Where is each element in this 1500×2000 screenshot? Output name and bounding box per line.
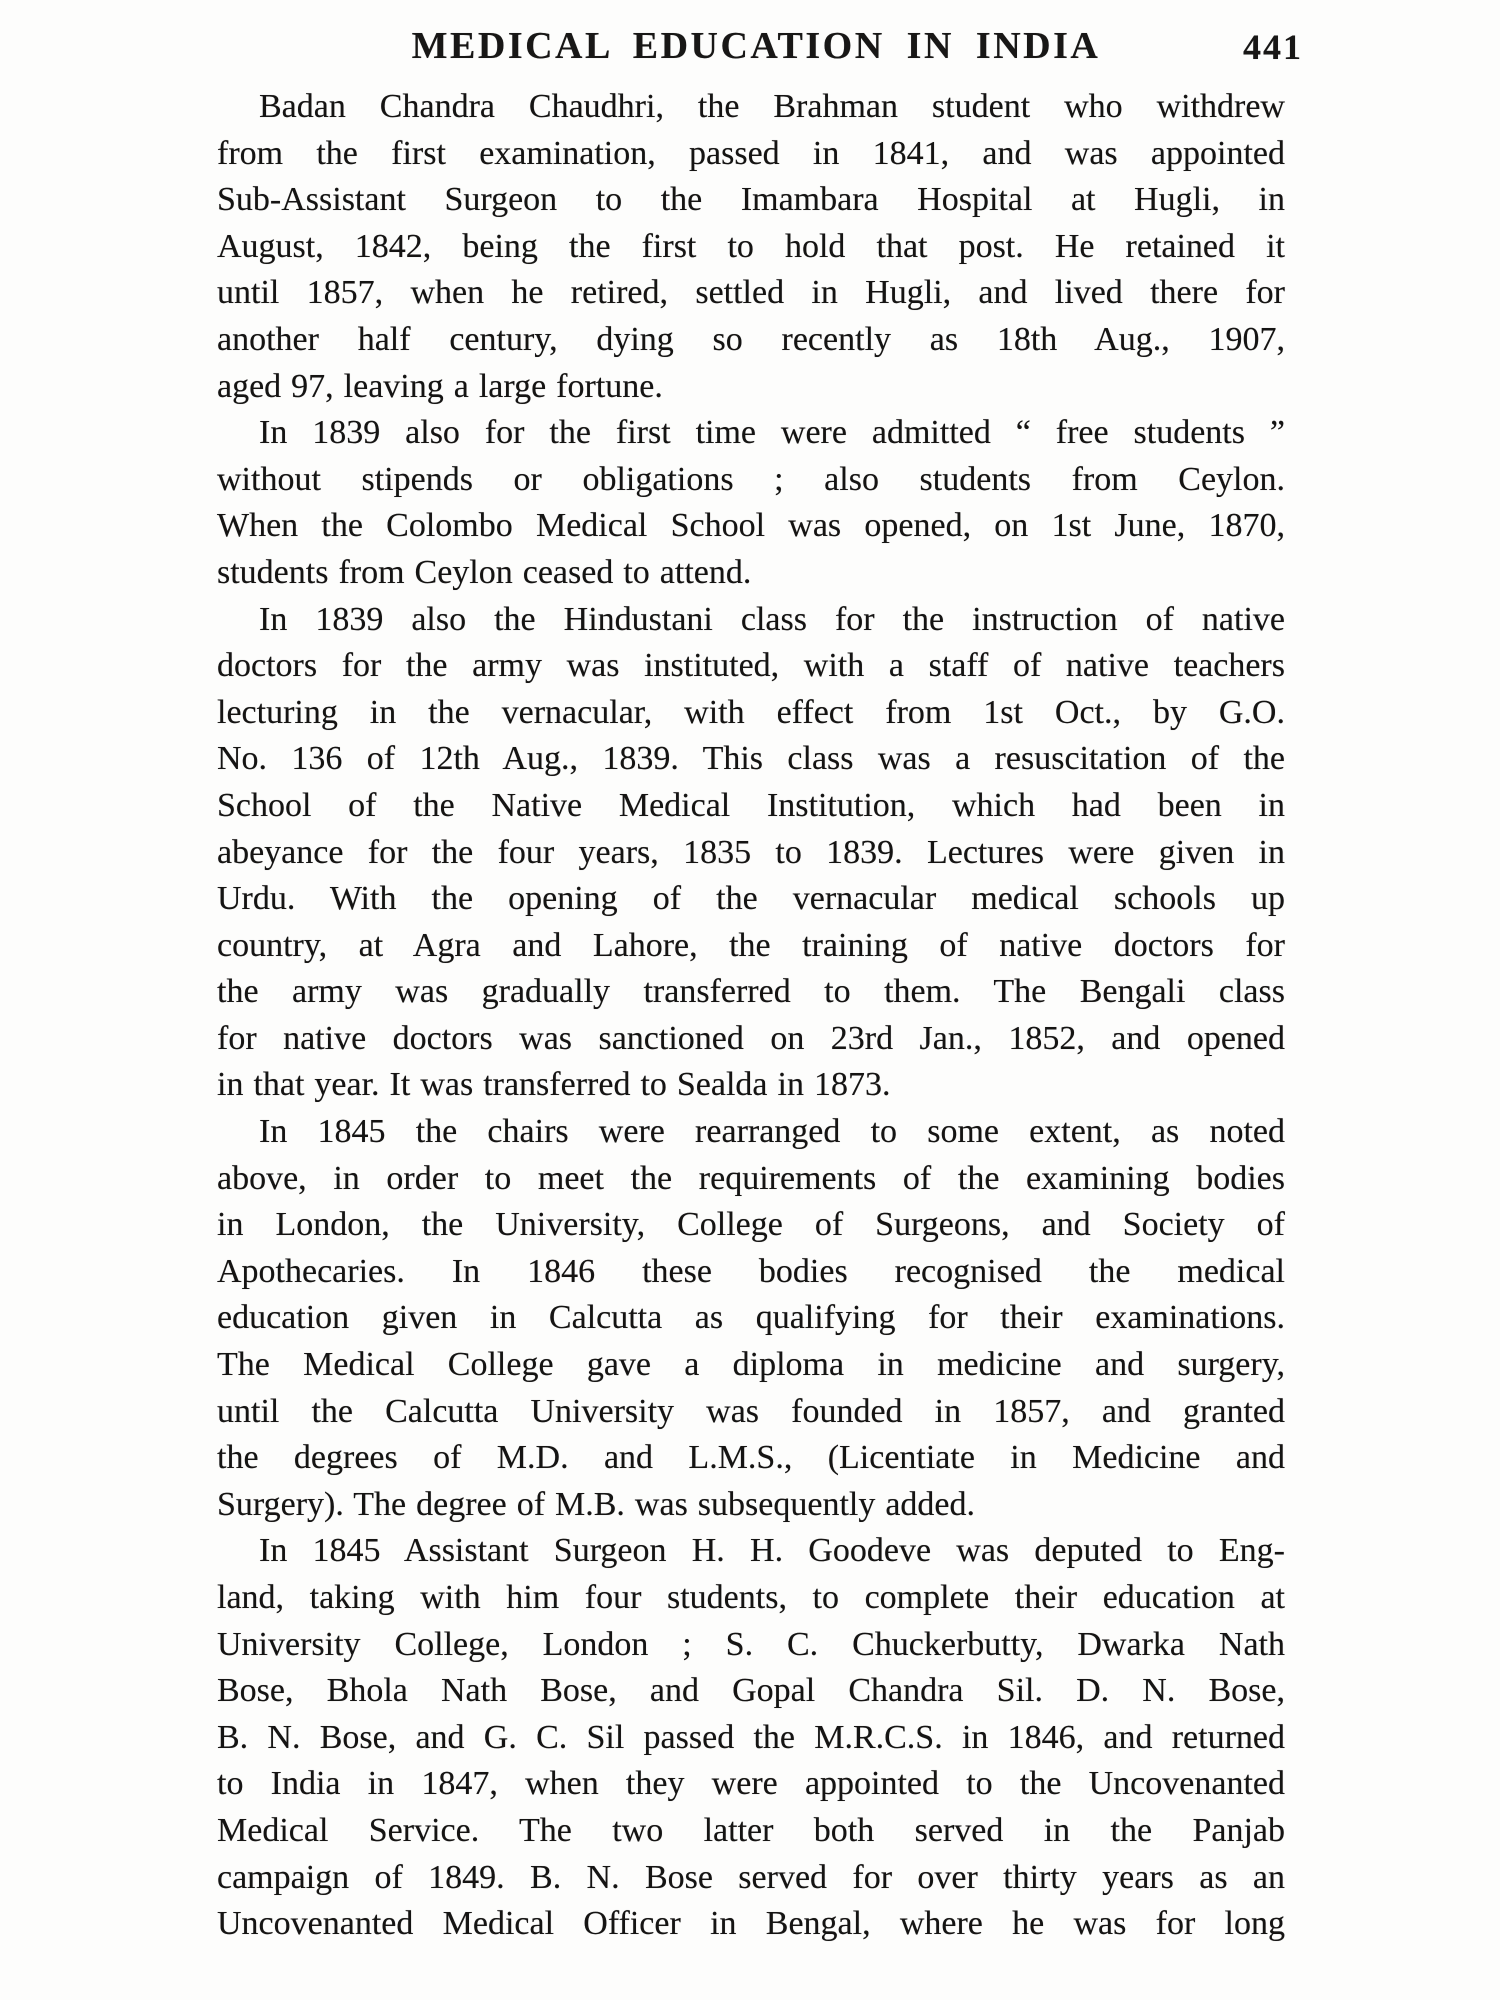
text-line: for native doctors was sanctioned on 23r…: [217, 1016, 1285, 1063]
text-line: School of the Native Medical Institution…: [217, 783, 1285, 830]
text-line: Sub-Assistant Surgeon to the Imambara Ho…: [217, 177, 1285, 224]
paragraph: Badan Chandra Chaudhri, the Brahman stud…: [217, 84, 1285, 410]
text-line: Uncovenanted Medical Officer in Bengal, …: [217, 1901, 1285, 1948]
text-line: The Medical College gave a diploma in me…: [217, 1342, 1285, 1389]
running-header: MEDICAL EDUCATION IN INDIA 441: [217, 24, 1295, 72]
text-line: abeyance for the four years, 1835 to 183…: [217, 830, 1285, 877]
text-line: No. 136 of 12th Aug., 1839. This class w…: [217, 736, 1285, 783]
text-line: University College, London ; S. C. Chuck…: [217, 1622, 1285, 1669]
text-line: lecturing in the vernacular, with effect…: [217, 690, 1285, 737]
text-line: B. N. Bose, and G. C. Sil passed the M.R…: [217, 1715, 1285, 1762]
text-line: the army was gradually transferred to th…: [217, 969, 1285, 1016]
text-line: Bose, Bhola Nath Bose, and Gopal Chandra…: [217, 1668, 1285, 1715]
text-line: doctors for the army was instituted, wit…: [217, 643, 1285, 690]
text-line: Urdu. With the opening of the vernacular…: [217, 876, 1285, 923]
text-line: until 1857, when he retired, settled in …: [217, 270, 1285, 317]
text-line: the degrees of M.D. and L.M.S., (Licenti…: [217, 1435, 1285, 1482]
text-line: Medical Service. The two latter both ser…: [217, 1808, 1285, 1855]
text-line: In 1839 also the Hindustani class for th…: [217, 597, 1285, 644]
text-line: In 1839 also for the first time were adm…: [217, 410, 1285, 457]
text-line: until the Calcutta University was founde…: [217, 1389, 1285, 1436]
text-line: August, 1842, being the first to hold th…: [217, 224, 1285, 271]
page-title: MEDICAL EDUCATION IN INDIA: [217, 24, 1295, 68]
page-body: Badan Chandra Chaudhri, the Brahman stud…: [217, 84, 1285, 1948]
text-line: campaign of 1849. B. N. Bose served for …: [217, 1855, 1285, 1902]
text-line: in London, the University, College of Su…: [217, 1202, 1285, 1249]
paragraph: In 1845 the chairs were rearranged to so…: [217, 1109, 1285, 1528]
text-line: from the first examination, passed in 18…: [217, 131, 1285, 178]
paragraph: In 1845 Assistant Surgeon H. H. Goodeve …: [217, 1528, 1285, 1947]
text-line: to India in 1847, when they were appoint…: [217, 1761, 1285, 1808]
paragraph: In 1839 also the Hindustani class for th…: [217, 597, 1285, 1110]
text-line: Apothecaries. In 1846 these bodies recog…: [217, 1249, 1285, 1296]
text-line: In 1845 the chairs were rearranged to so…: [217, 1109, 1285, 1156]
text-line: students from Ceylon ceased to attend.: [217, 550, 1285, 597]
text-line: aged 97, leaving a large fortune.: [217, 364, 1285, 411]
page-number: 441: [1243, 26, 1303, 68]
text-line: country, at Agra and Lahore, the trainin…: [217, 923, 1285, 970]
text-line: When the Colombo Medical School was open…: [217, 503, 1285, 550]
text-line: in that year. It was transferred to Seal…: [217, 1062, 1285, 1109]
text-line: without stipends or obligations ; also s…: [217, 457, 1285, 504]
book-page: MEDICAL EDUCATION IN INDIA 441 Badan Cha…: [0, 0, 1500, 2000]
text-line: Badan Chandra Chaudhri, the Brahman stud…: [217, 84, 1285, 131]
text-line: another half century, dying so recently …: [217, 317, 1285, 364]
text-line: In 1845 Assistant Surgeon H. H. Goodeve …: [217, 1528, 1285, 1575]
text-line: land, taking with him four students, to …: [217, 1575, 1285, 1622]
text-line: education given in Calcutta as qualifyin…: [217, 1295, 1285, 1342]
text-line: Surgery). The degree of M.B. was subsequ…: [217, 1482, 1285, 1529]
paragraph: In 1839 also for the first time were adm…: [217, 410, 1285, 596]
text-line: above, in order to meet the requirements…: [217, 1156, 1285, 1203]
